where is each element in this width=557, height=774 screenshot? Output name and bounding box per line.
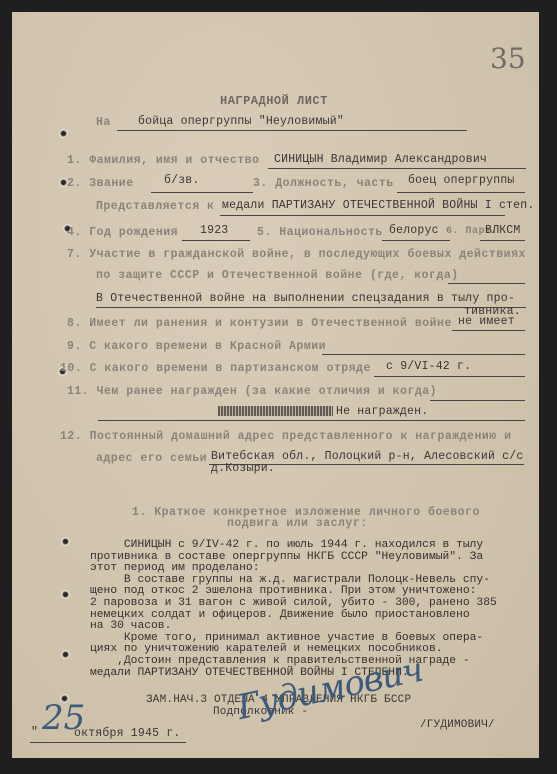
body-line: ,Достоин представления к правительственн… — [90, 656, 497, 668]
field-11-label: 11. Чем ранее награжден (за какие отличи… — [67, 385, 437, 398]
section-1-body: СИНИЦЫН с 9/IV-42 г. по июль 1944 г. нах… — [98, 540, 497, 679]
struck-out-text — [218, 406, 333, 416]
field-9-label: 9. С какого времени в Красной Армии — [67, 340, 326, 353]
body-line: 2 паровоза и 31 вагон с живой силой, уби… — [90, 598, 497, 610]
field-8-label: 8. Имеет ли ранения и контузии в Отечест… — [67, 317, 452, 330]
field-3-label: 3. Должность, часть — [253, 177, 394, 190]
underline — [397, 192, 525, 193]
punch-hole — [61, 650, 70, 659]
underline — [182, 240, 250, 241]
underline — [220, 215, 505, 216]
field-7-label-line1: 7. Участие в гражданской войне, в послед… — [67, 248, 526, 261]
field-1-label: 1. Фамилия, имя и отчество — [67, 154, 259, 167]
underline — [117, 130, 467, 131]
field-2-label: 2. Звание — [67, 177, 134, 190]
recipient-value: бойца опергруппы "Неуловимый" — [138, 115, 344, 128]
presented-label: Представляется к — [96, 200, 214, 213]
field-7-label-line2: по защите СССР и Отечественной войне (гд… — [96, 269, 459, 282]
body-line: на 30 часов. — [90, 621, 497, 633]
document-title: НАГРАДНОЙ ЛИСТ — [220, 94, 328, 108]
underline — [448, 283, 525, 284]
field-5-label: 5. Национальность — [257, 226, 383, 239]
signer-name: /ГУДИМОВИЧ/ — [420, 719, 495, 731]
award-sheet-page: 35 НАГРАДНОЙ ЛИСТ На бойца опергруппы "Н… — [12, 12, 539, 758]
underline — [96, 307, 526, 308]
body-line: СИНИЦЫН с 9/IV-42 г. по июль 1944 г. нах… — [90, 540, 497, 552]
underline — [151, 192, 253, 193]
field-6-value: ВЛКСМ — [485, 224, 521, 237]
field-5-value: белорус — [389, 224, 439, 237]
field-7-value-line1: В Отечественной войне на выполнении спец… — [96, 292, 515, 305]
field-4-value: 1923 — [200, 224, 228, 237]
field-12-label-line1: 12. Постоянный домашний адрес представле… — [60, 430, 511, 443]
date-rest: октября 1945 г. — [74, 727, 181, 740]
underline — [98, 420, 525, 421]
field-12-label-line2: адрес его семьи — [96, 452, 207, 465]
field-4-label: 4. Год рождения — [67, 226, 178, 239]
field-10-value: с 9/VI-42 г. — [386, 360, 471, 373]
underline — [322, 354, 525, 355]
date-quote: " — [31, 726, 38, 739]
field-12-value-line2: д.Козыри. — [211, 462, 275, 475]
underline — [268, 168, 526, 169]
punch-hole — [61, 590, 70, 599]
underline — [480, 240, 525, 241]
field-8-value: не имеет — [458, 315, 515, 328]
recipient-prefix: На — [96, 116, 111, 129]
page-number-handwritten: 35 — [490, 42, 526, 75]
punch-hole — [59, 129, 68, 138]
punch-hole — [61, 537, 70, 546]
underline — [382, 240, 450, 241]
section-1-heading-line2: подвига или заслуг: — [227, 517, 368, 530]
underline — [452, 330, 525, 331]
presented-value: медали ПАРТИЗАНУ ОТЕЧЕСТВЕННОЙ ВОЙНЫ I с… — [222, 199, 534, 212]
field-2-value: б/зв. — [164, 174, 200, 187]
underline — [30, 742, 186, 743]
field-10-label: 10. С какого времени в партизанском отря… — [60, 362, 371, 375]
underline — [430, 400, 525, 401]
field-1-value: СИНИЦЫН Владимир Александрович — [274, 153, 487, 166]
field-3-value: боец опергруппы — [408, 174, 515, 187]
field-11-value: Не награжден. — [336, 405, 428, 418]
underline — [374, 376, 525, 377]
